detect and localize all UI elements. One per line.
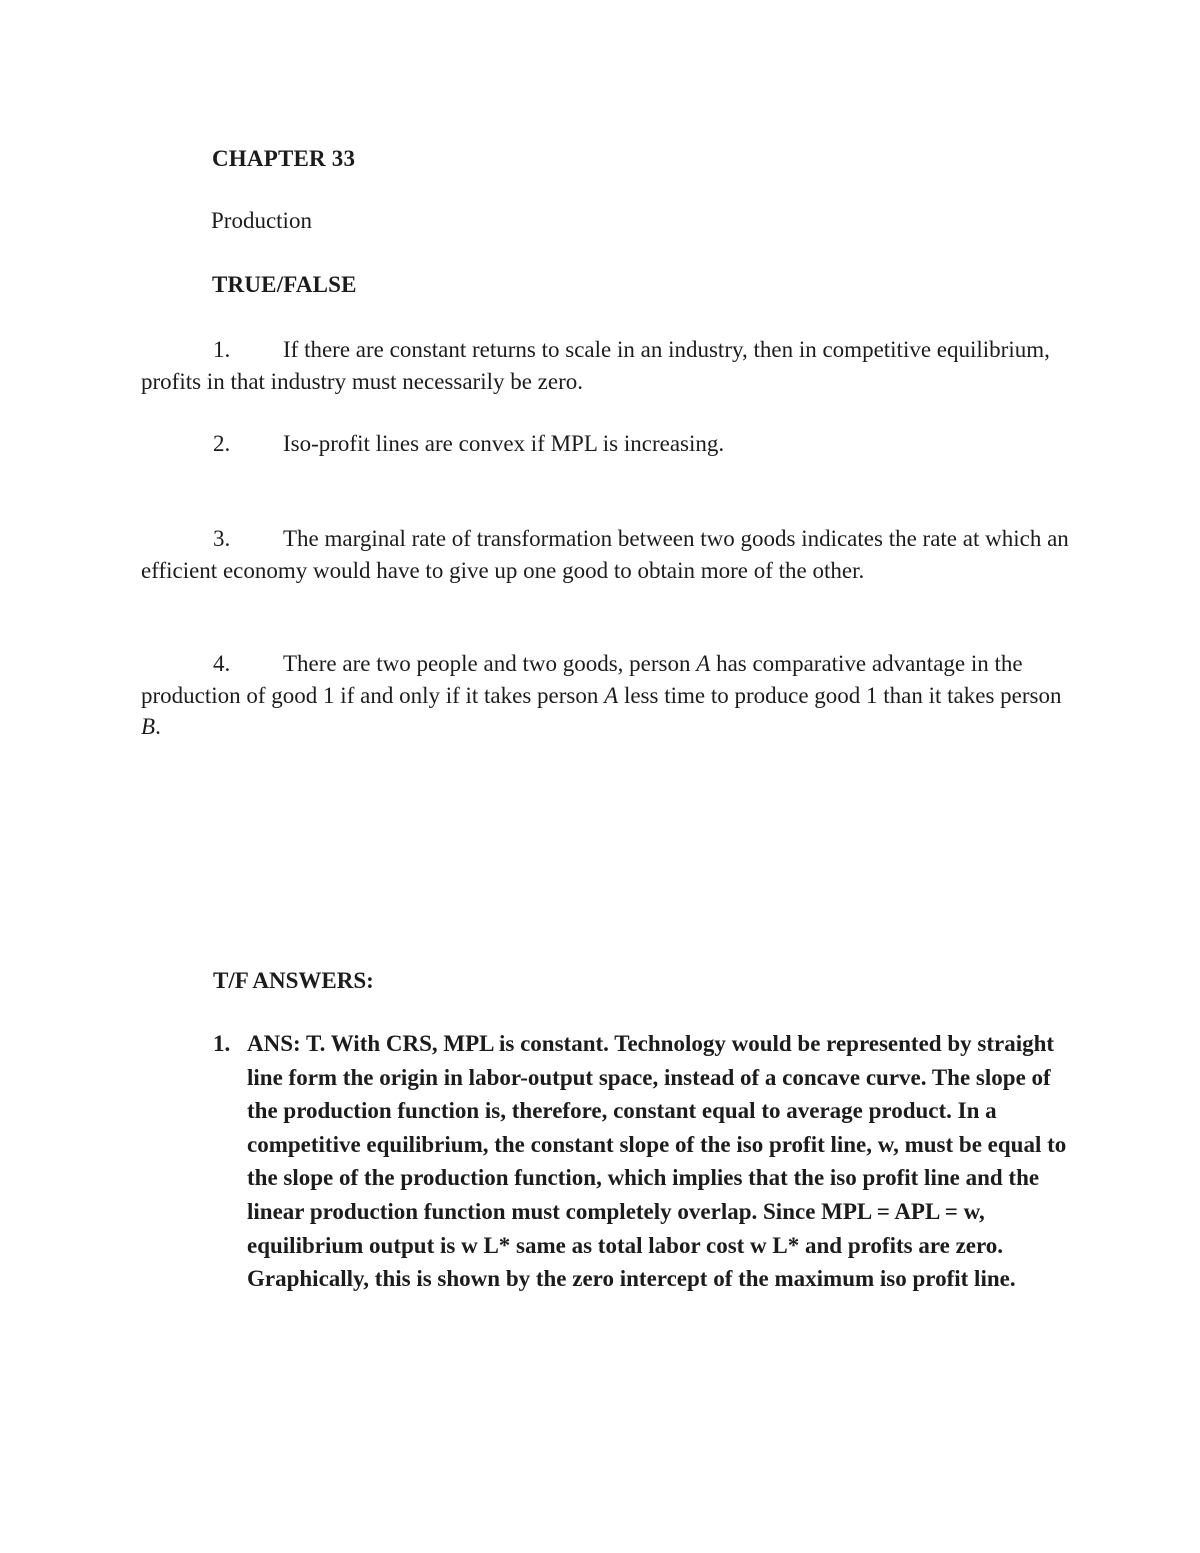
person-variable: B <box>141 714 155 739</box>
question-number: 1. <box>213 334 283 366</box>
question-2: 2.Iso-profit lines are convex if MPL is … <box>141 428 1071 460</box>
answers-title: T/F ANSWERS: <box>213 968 374 994</box>
chapter-title: CHAPTER 33 <box>212 146 355 172</box>
question-number: 4. <box>213 648 283 680</box>
answer-number: 1. <box>213 1027 247 1296</box>
answer-1: 1. ANS: T. With CRS, MPL is constant. Te… <box>213 1027 1073 1296</box>
question-text-part: less time to produce good 1 than it take… <box>618 683 1061 708</box>
answer-text: ANS: T. With CRS, MPL is constant. Techn… <box>247 1027 1073 1296</box>
question-text-part: There are two people and two goods, pers… <box>283 651 696 676</box>
question-text: Iso-profit lines are convex if MPL is in… <box>283 431 724 456</box>
question-4: 4.There are two people and two goods, pe… <box>141 648 1071 743</box>
question-1: 1.If there are constant returns to scale… <box>141 334 1071 397</box>
subject-title: Production <box>211 208 312 234</box>
section-title: TRUE/FALSE <box>212 272 357 298</box>
question-number: 3. <box>213 523 283 555</box>
question-text-part: . <box>155 714 161 739</box>
question-3: 3.The marginal rate of transformation be… <box>141 523 1071 586</box>
document-page: CHAPTER 33 Production TRUE/FALSE 1.If th… <box>0 0 1200 1553</box>
person-variable: A <box>696 651 710 676</box>
question-number: 2. <box>213 428 283 460</box>
person-variable: A <box>604 683 618 708</box>
